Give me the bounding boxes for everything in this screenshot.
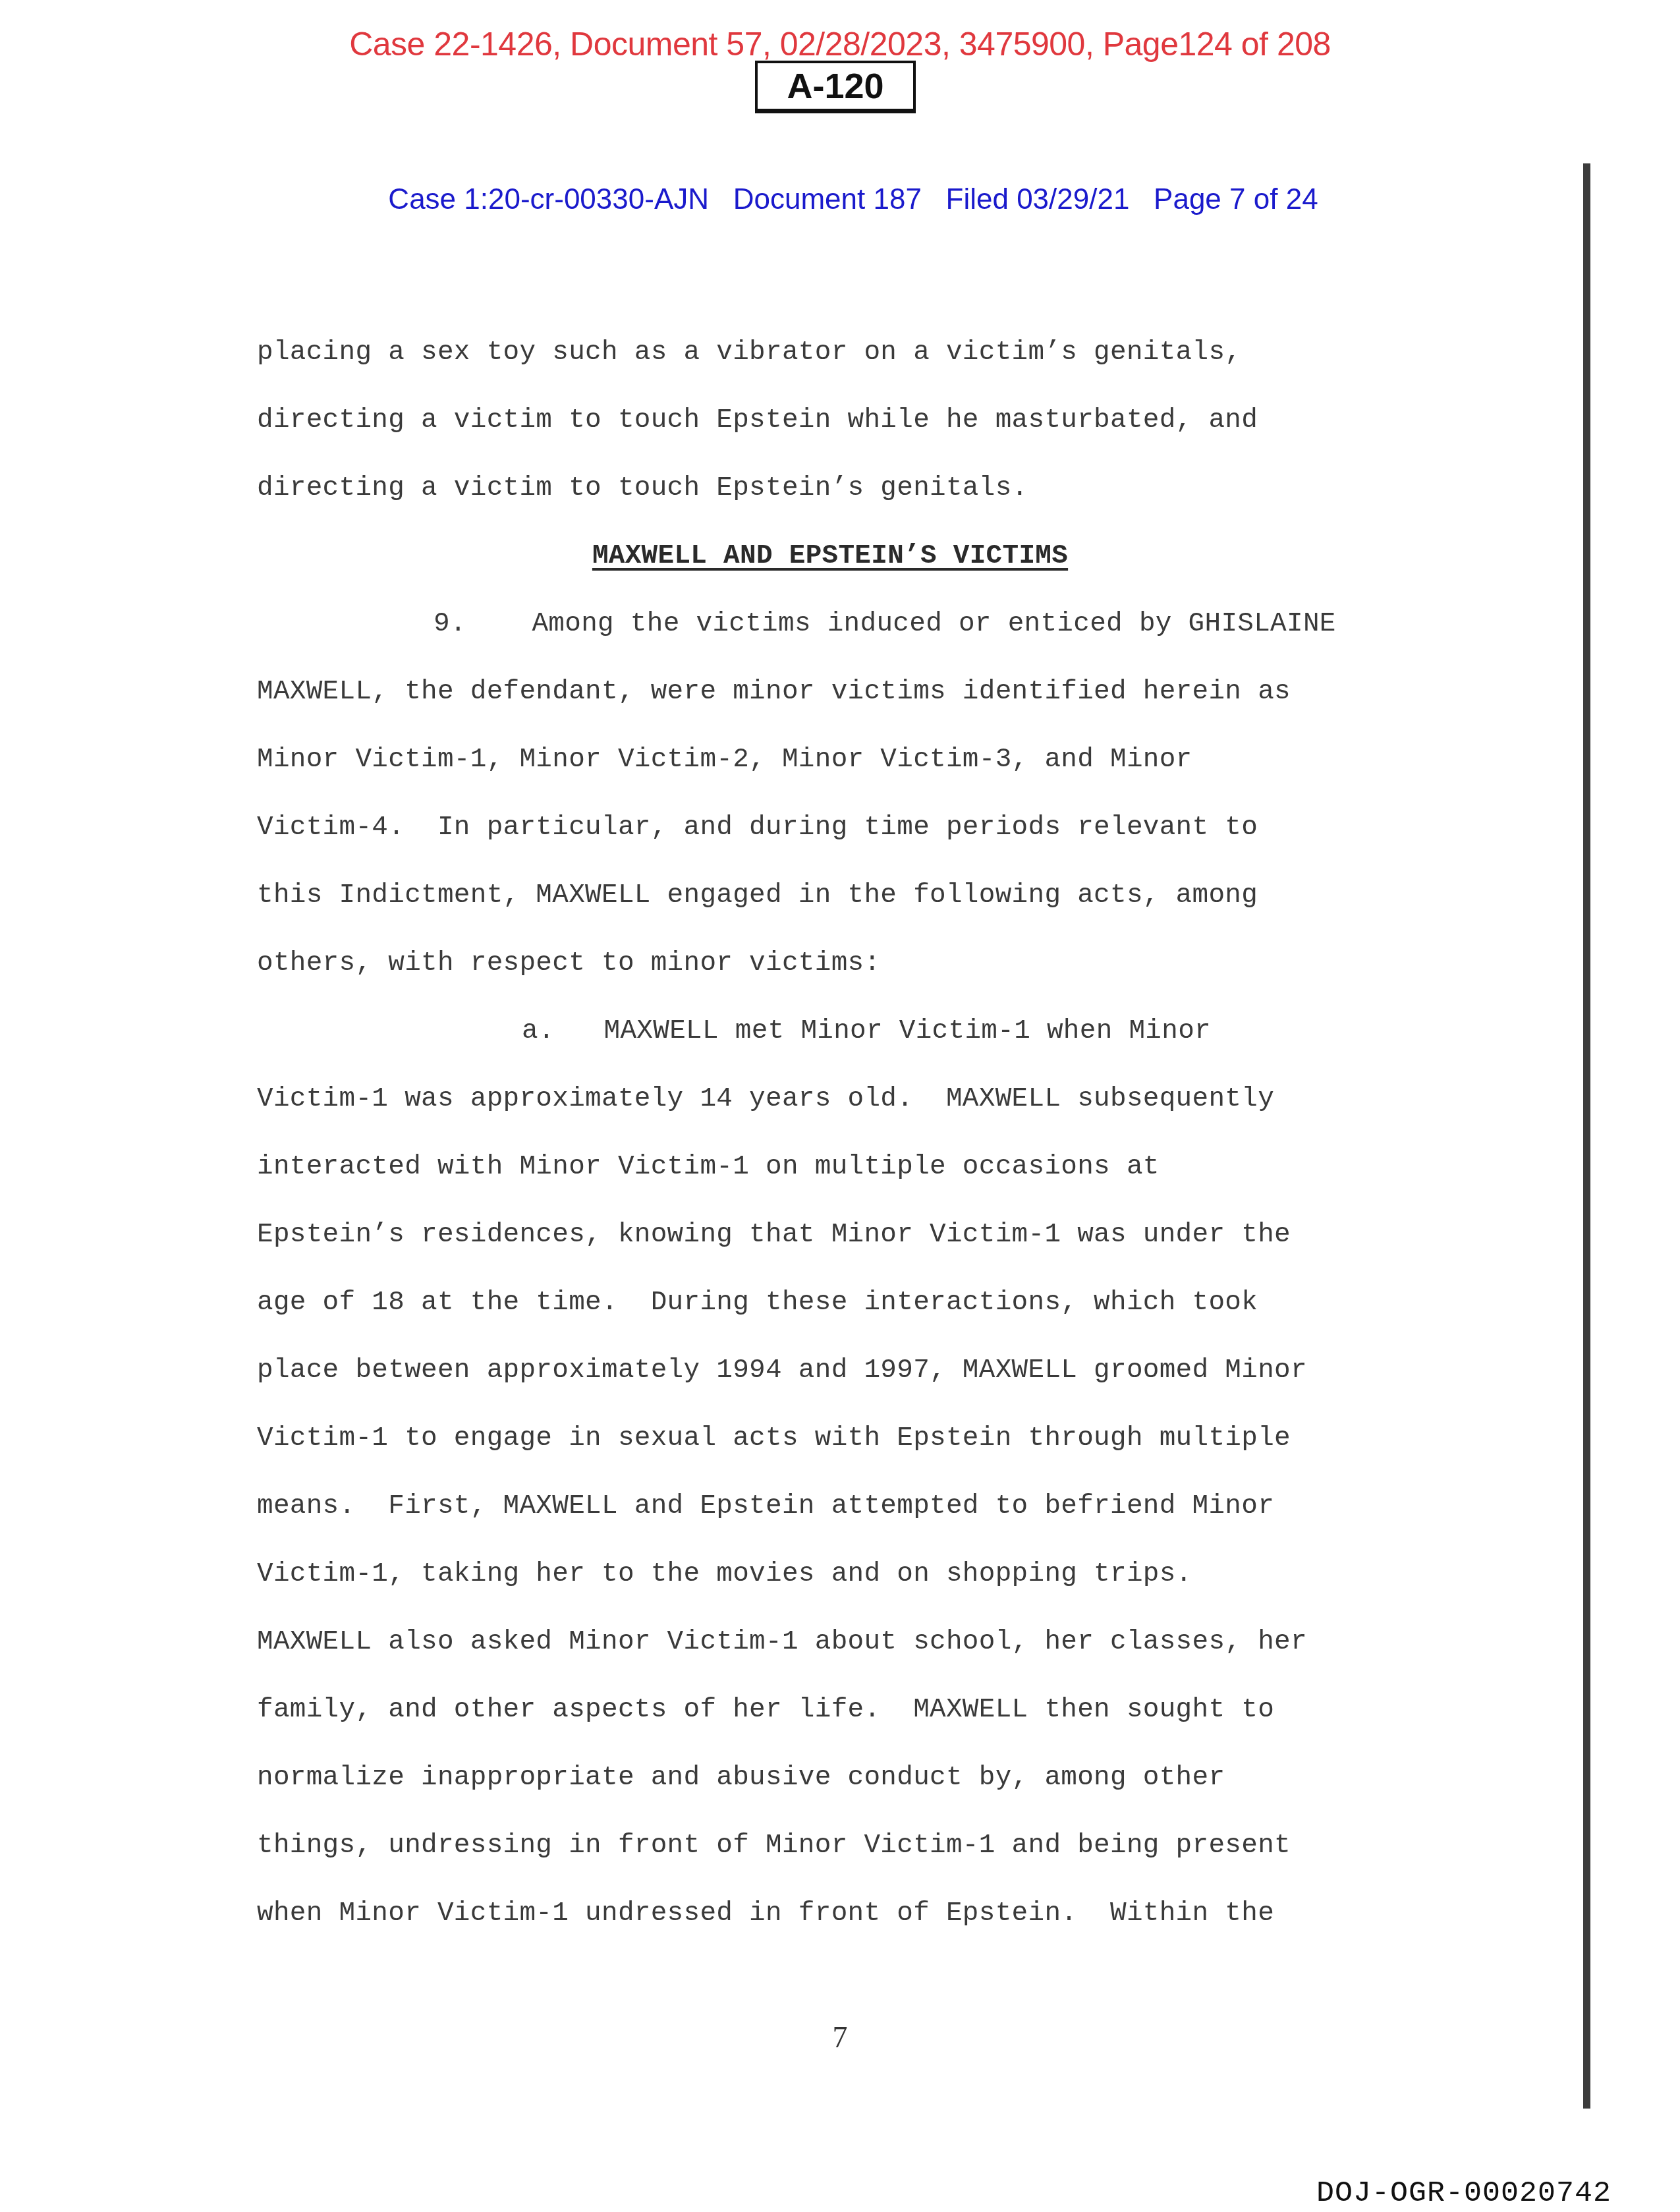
text-line: means. First, MAXWELL and Epstein attemp… — [257, 1487, 1416, 1554]
text-line: this Indictment, MAXWELL engaged in the … — [257, 876, 1416, 944]
text-line: Among the victims induced or enticed by … — [532, 609, 1335, 639]
text-line: age of 18 at the time. During these inte… — [257, 1283, 1416, 1351]
paragraph-number: 9. — [434, 609, 466, 639]
text-line: Victim-1 was approximately 14 years old.… — [257, 1079, 1416, 1147]
text-line: normalize inappropriate and abusive cond… — [257, 1758, 1416, 1826]
text-line: others, with respect to minor victims: — [257, 944, 1416, 1011]
subparagraph-label: a. — [522, 1016, 555, 1046]
text-line: Victim-4. In particular, and during time… — [257, 808, 1416, 876]
text-line: things, undressing in front of Minor Vic… — [257, 1826, 1416, 1894]
document-page: Case 22-1426, Document 57, 02/28/2023, 3… — [0, 0, 1680, 2212]
page-number: 7 — [0, 2020, 1680, 2055]
section-heading: MAXWELL AND EPSTEIN’S VICTIMS — [257, 536, 1416, 604]
text-line: Epstein’s residences, knowing that Minor… — [257, 1215, 1416, 1283]
text-line: MAXWELL, the defendant, were minor victi… — [257, 672, 1416, 740]
text-line: Victim-1 to engage in sexual acts with E… — [257, 1419, 1416, 1487]
district-case-stamp: Case 1:20-cr-00330-AJN Document 187 File… — [0, 183, 1680, 216]
text-line: interacted with Minor Victim-1 on multip… — [257, 1147, 1416, 1215]
right-margin-bar — [1583, 163, 1590, 2109]
text-line: directing a victim to touch Epstein’s ge… — [257, 468, 1416, 536]
text-line: when Minor Victim-1 undressed in front o… — [257, 1894, 1416, 1962]
paragraph-9-first-line: 9. Among the victims induced or enticed … — [257, 604, 1416, 672]
text-line: placing a sex toy such as a vibrator on … — [257, 333, 1416, 401]
document-body: placing a sex toy such as a vibrator on … — [257, 333, 1416, 1962]
text-line: MAXWELL also asked Minor Victim-1 about … — [257, 1622, 1416, 1690]
appendix-page-label: A-120 — [787, 66, 883, 107]
text-line: directing a victim to touch Epstein whil… — [257, 401, 1416, 468]
text-line: Minor Victim-1, Minor Victim-2, Minor Vi… — [257, 740, 1416, 808]
text-line: Victim-1, taking her to the movies and o… — [257, 1554, 1416, 1622]
text-line: MAXWELL met Minor Victim-1 when Minor — [604, 1016, 1211, 1046]
appeal-case-stamp: Case 22-1426, Document 57, 02/28/2023, 3… — [0, 25, 1680, 63]
bates-number: DOJ-OGR-00020742 — [1316, 2176, 1611, 2210]
subparagraph-a-first-line: a. MAXWELL met Minor Victim-1 when Minor — [257, 1011, 1416, 1079]
appendix-page-box: A-120 — [755, 61, 916, 113]
text-line: family, and other aspects of her life. M… — [257, 1690, 1416, 1758]
text-line: place between approximately 1994 and 199… — [257, 1351, 1416, 1419]
